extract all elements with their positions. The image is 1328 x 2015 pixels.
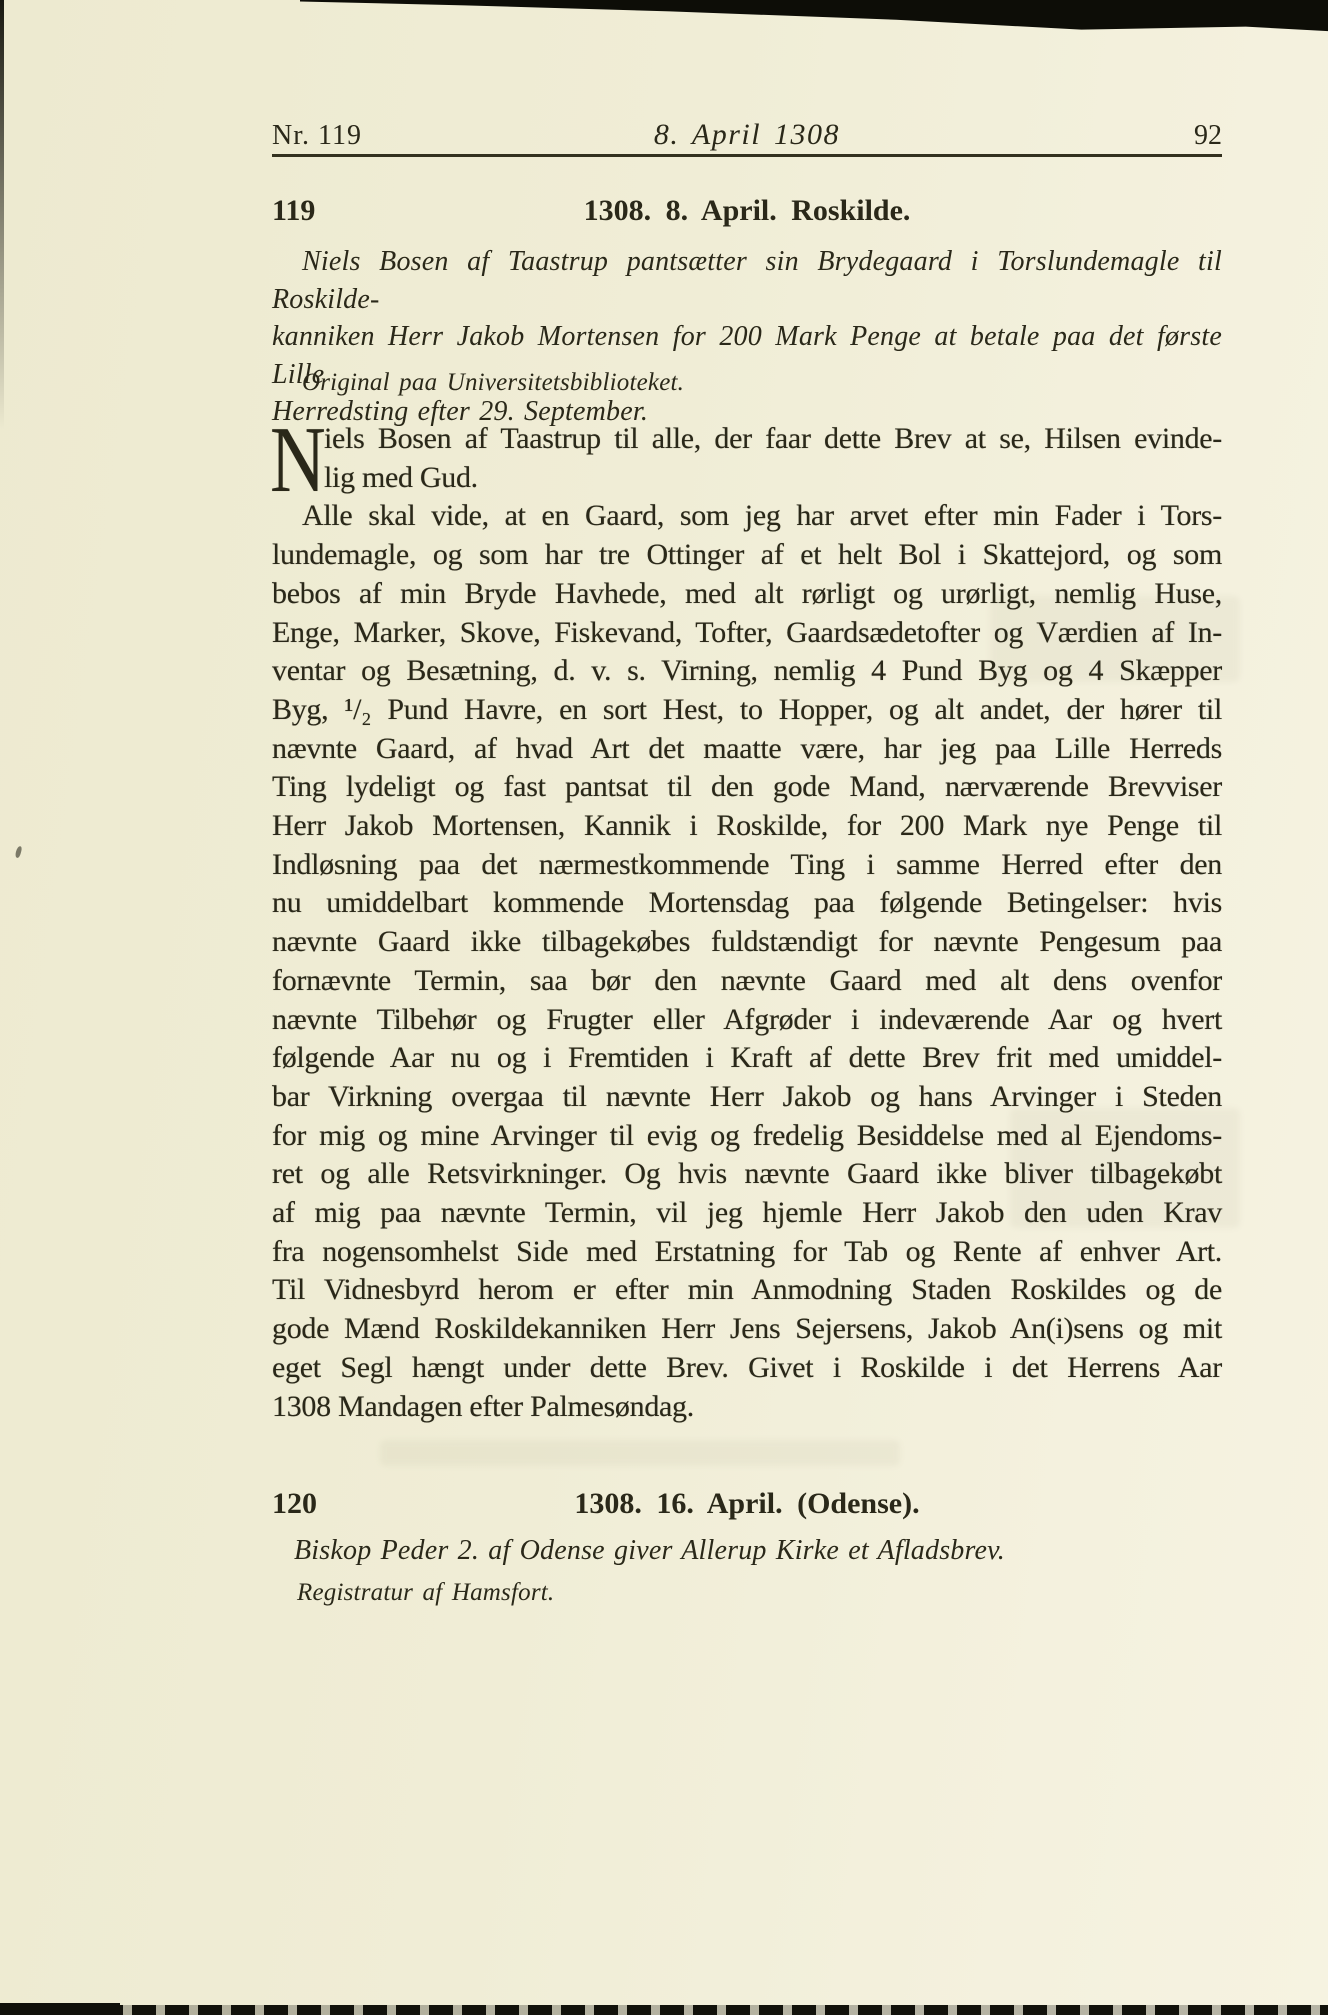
body-line: fornævnte Termin, saa bør den nævnte Gaa… <box>272 962 1222 1001</box>
ink-speck <box>15 846 23 859</box>
entry-119-source-note: Original paa Universitetsbiblioteket. <box>272 369 1252 397</box>
entry-120-source-note: Registratur af Hamsfort. <box>272 1579 1247 1607</box>
showthrough-smudge <box>380 1440 900 1466</box>
body-line: nu umiddelbart kommende Mortensdag paa f… <box>272 884 1222 923</box>
entry-119-date-place: 1308. 8. April. Roskilde. <box>584 194 911 227</box>
body-line: ret og alle Retsvirkninger. Og hvis nævn… <box>272 1155 1222 1194</box>
body-line: følgende Aar nu og i Fremtiden i Kraft a… <box>272 1039 1222 1078</box>
scan-edge-bottom-dashes <box>0 2005 1328 2015</box>
entry-120-number: 120 <box>272 1487 317 1521</box>
running-header-entry-number: Nr. 119 <box>272 120 362 152</box>
scan-edge-bottom-solid <box>0 2003 120 2015</box>
entry-119-summary: Niels Bosen af Taastrup pantsætter sin B… <box>272 243 1222 431</box>
body-line: iels Bosen af Taastrup til alle, der faa… <box>272 420 1222 459</box>
page-number: 92 <box>1194 120 1222 152</box>
scan-edge-left <box>0 0 4 430</box>
body-line: eget Segl hængt under dette Brev. Givet … <box>272 1349 1222 1388</box>
body-line: Ting lydeligt og fast pantsat til den go… <box>272 768 1222 807</box>
entry-120-heading: 120 1308. 16. April. (Odense). <box>272 1487 1222 1513</box>
body-line: 1308 Mandagen efter Palmesøndag. <box>272 1388 1222 1427</box>
body-line: lig med Gud. <box>272 459 1222 498</box>
body-line: fra nogensomhelst Side med Erstatning fo… <box>272 1233 1222 1272</box>
body-line: Herr Jakob Mortensen, Kannik i Roskilde,… <box>272 807 1222 846</box>
body-line: Indløsning paa det nærmestkommende Ting … <box>272 846 1222 885</box>
entry-120-summary: Biskop Peder 2. af Odense giver Allerup … <box>272 1532 1222 1570</box>
body-line: nævnte Gaard, af hvad Art det maatte vær… <box>272 730 1222 769</box>
body-line: bar Virkning overgaa til nævnte Herr Jak… <box>272 1078 1222 1117</box>
summary-line: Niels Bosen af Taastrup pantsætter sin B… <box>272 243 1222 318</box>
body-line: af mig paa nævnte Termin, vil jeg hjemle… <box>272 1194 1222 1233</box>
body-line: Enge, Marker, Skove, Fiskevand, Tofter, … <box>272 614 1222 653</box>
body-line: lundemagle, og som har tre Ottinger af e… <box>272 536 1222 575</box>
body-line: Byg, ¹/₂ Pund Havre, en sort Hest, to Ho… <box>272 691 1222 730</box>
entry-119-body-text: N iels Bosen af Taastrup til alle, der f… <box>272 420 1222 1426</box>
body-line: bebos af min Bryde Havhede, med alt rørl… <box>272 575 1222 614</box>
body-line: gode Mænd Roskildekanniken Herr Jens Sej… <box>272 1310 1222 1349</box>
drop-cap-letter: N <box>270 413 325 507</box>
body-line: nævnte Tilbehør og Frugter eller Afgrøde… <box>272 1001 1222 1040</box>
body-line: Til Vidnesbyrd herom er efter min Anmodn… <box>272 1271 1222 1310</box>
scan-edge-top <box>300 0 1328 38</box>
entry-119-number: 119 <box>272 194 315 228</box>
entry-120-date-place: 1308. 16. April. (Odense). <box>574 1487 919 1520</box>
scanned-book-page: Nr. 119 8. April 1308 92 119 1308. 8. Ap… <box>0 0 1328 2015</box>
body-line: nævnte Gaard ikke tilbagekøbes fuldstænd… <box>272 923 1222 962</box>
running-header: Nr. 119 8. April 1308 92 <box>272 118 1222 152</box>
header-rule <box>272 154 1222 157</box>
entry-119-heading: 119 1308. 8. April. Roskilde. <box>272 194 1222 220</box>
body-line: Alle skal vide, at en Gaard, som jeg har… <box>272 497 1222 536</box>
running-header-date: 8. April 1308 <box>654 118 840 152</box>
body-line: ventar og Besætning, d. v. s. Virning, n… <box>272 652 1222 691</box>
body-line: for mig og mine Arvinger til evig og fre… <box>272 1117 1222 1156</box>
